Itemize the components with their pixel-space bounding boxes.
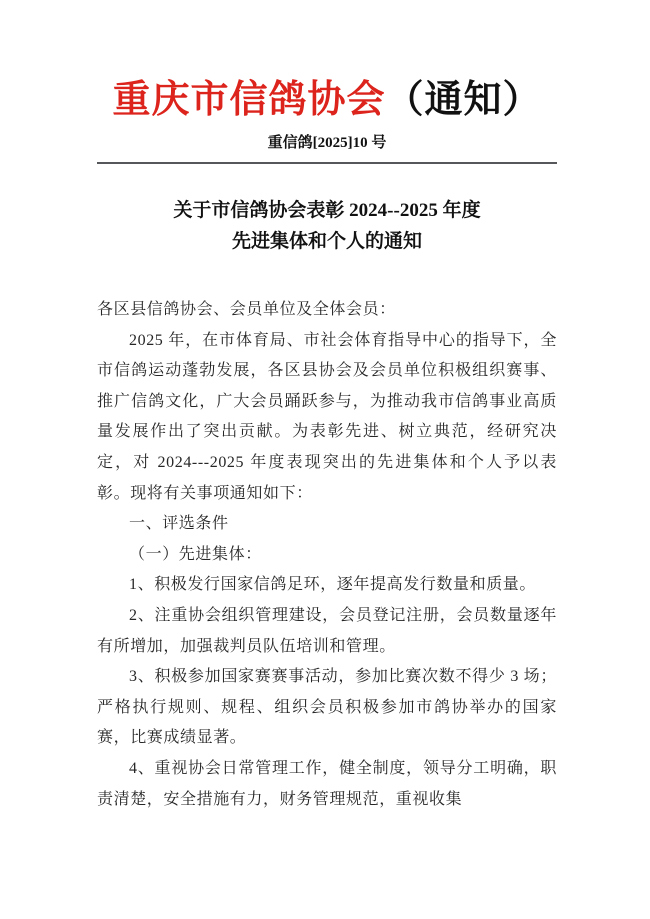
- paragraph: 一、评选条件: [97, 509, 557, 540]
- paragraph: （一）先进集体：: [97, 540, 557, 571]
- subject-line-2: 先进集体和个人的通知: [232, 231, 422, 252]
- document-number: 重信鸽[2025]10 号: [97, 134, 557, 153]
- paragraph: 4、重视协会日常管理工作，健全制度，领导分工明确，职责清楚，安全措施有力，财务管…: [97, 754, 557, 815]
- document-title: 重庆市信鸽协会（通知）: [97, 78, 557, 122]
- subject-title: 关于市信鸽协会表彰 2024--2025 年度先进集体和个人的通知: [97, 195, 557, 257]
- paragraph: 1、积极发行国家信鸽足环，逐年提高发行数量和质量。: [97, 570, 557, 601]
- paragraph: 3、积极参加国家赛赛事活动，参加比赛次数不得少 3 场； 严格执行规则、规程、组…: [97, 662, 557, 754]
- notice-body: 各区县信鸽协会、会员单位及全体会员： 2025 年，在市体育局、市社会体育指导中…: [97, 295, 557, 815]
- paragraph: 2、注重协会组织管理建设，会员登记注册，会员数量逐年有所增加，加强裁判员队伍培训…: [97, 601, 557, 662]
- notice-suffix: （通知）: [386, 79, 542, 121]
- salutation: 各区县信鸽协会、会员单位及全体会员：: [97, 295, 557, 326]
- paragraph: 2025 年，在市体育局、市社会体育指导中心的指导下，全市信鸽运动蓬勃发展，各区…: [97, 326, 557, 510]
- header-divider: [97, 162, 557, 164]
- notice-document: 重庆市信鸽协会（通知） 重信鸽[2025]10 号 关于市信鸽协会表彰 2024…: [0, 0, 650, 815]
- org-name-title: 重庆市信鸽协会: [112, 79, 385, 121]
- notice-paragraphs: 2025 年，在市体育局、市社会体育指导中心的指导下，全市信鸽运动蓬勃发展，各区…: [97, 326, 557, 816]
- notice-page: 重庆市信鸽协会（通知） 重信鸽[2025]10 号 关于市信鸽协会表彰 2024…: [0, 0, 650, 919]
- subject-line-1: 关于市信鸽协会表彰 2024--2025 年度: [173, 200, 480, 221]
